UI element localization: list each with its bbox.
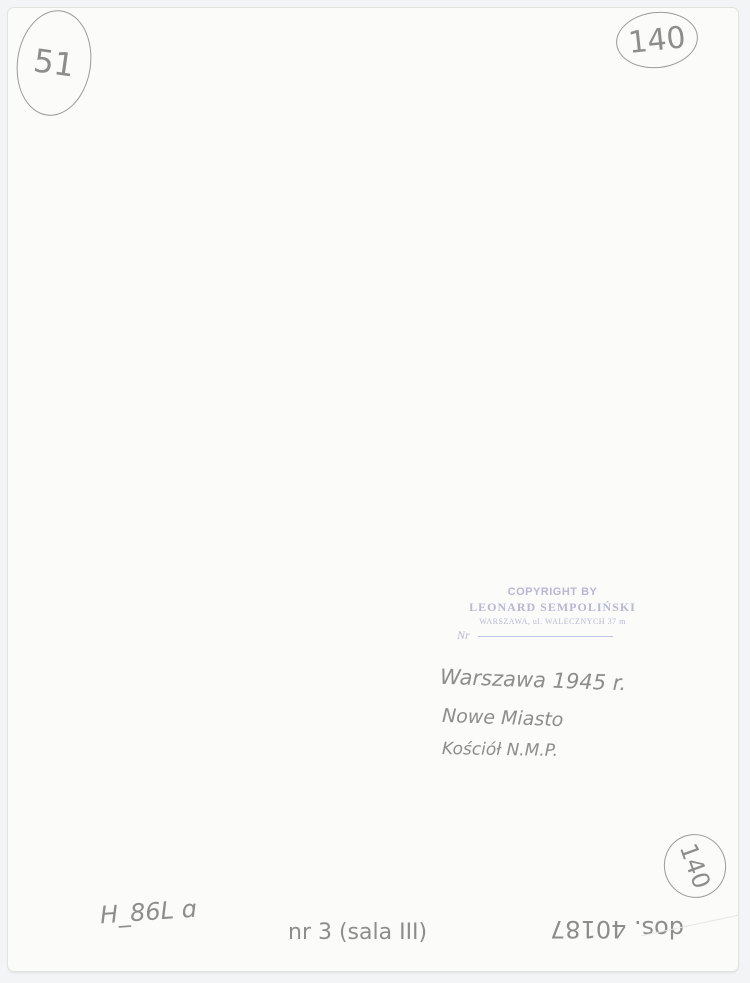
copyright-stamp: COPYRIGHT BY LEONARD SEMPOLIŃSKI WARSZAW… bbox=[455, 586, 650, 643]
number-51: 51 bbox=[31, 41, 77, 84]
number-140-top: 140 bbox=[627, 20, 688, 61]
inventory-note-bottom-center: nr 3 (sala III) bbox=[288, 920, 427, 945]
caption-line-3: Kościół N.M.P. bbox=[442, 739, 558, 761]
photo-back-paper bbox=[8, 8, 738, 971]
caption-line-2: Nowe Miasto bbox=[442, 705, 564, 731]
stamp-number-label: Nr bbox=[457, 628, 470, 642]
stamp-name-line: LEONARD SEMPOLIŃSKI bbox=[455, 600, 650, 615]
stamp-copyright-line: COPYRIGHT BY bbox=[455, 586, 650, 598]
stamp-number-blank bbox=[478, 636, 613, 637]
stamp-number-line: Nr bbox=[455, 628, 650, 643]
stamp-address-line: WARSZAWA, ul. WALECZNYCH 37 m bbox=[455, 617, 650, 626]
inventory-number-bottom-right: dos. 40187 bbox=[550, 915, 684, 943]
number-140-bottom: 140 bbox=[674, 840, 716, 893]
